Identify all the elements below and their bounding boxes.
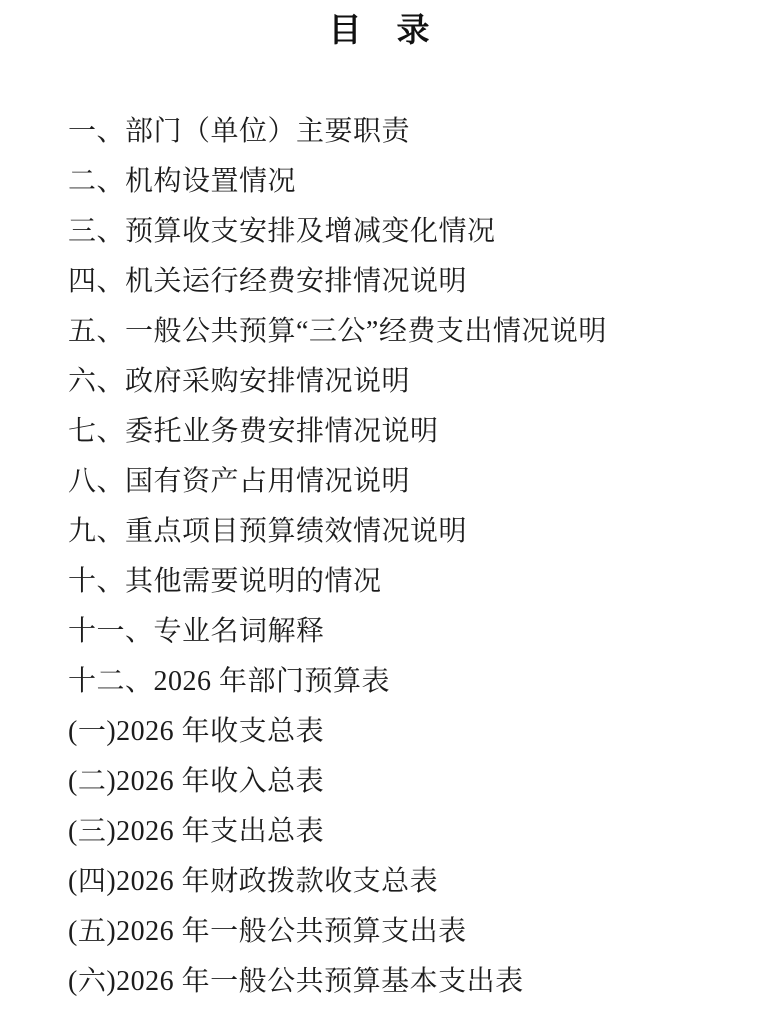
toc-item-9: 九、重点项目预算绩效情况说明	[68, 507, 739, 557]
document-page: 目 录 一、部门（单位）主要职责 二、机构设置情况 三、预算收支安排及增减变化情…	[0, 0, 759, 1026]
toc-item-12: 十二、2026 年部门预算表	[68, 657, 739, 707]
toc-item-8: 八、国有资产占用情况说明	[68, 457, 739, 507]
page-title: 目 录	[0, 0, 759, 51]
toc-item-13: (一)2026 年收支总表	[68, 707, 739, 757]
toc-item-16: (四)2026 年财政拨款收支总表	[68, 857, 739, 907]
toc-item-4: 四、机关运行经费安排情况说明	[68, 257, 739, 307]
toc-item-11: 十一、专业名词解释	[68, 607, 739, 657]
toc-item-2: 二、机构设置情况	[68, 157, 739, 207]
toc-item-10: 十、其他需要说明的情况	[68, 557, 739, 607]
toc-item-1: 一、部门（单位）主要职责	[68, 107, 739, 157]
toc-item-15: (三)2026 年支出总表	[68, 807, 739, 857]
toc-item-6: 六、政府采购安排情况说明	[68, 357, 739, 407]
toc-item-17: (五)2026 年一般公共预算支出表	[68, 907, 739, 957]
toc-item-18: (六)2026 年一般公共预算基本支出表	[68, 957, 739, 1007]
toc-item-5: 五、一般公共预算“三公”经费支出情况说明	[68, 307, 739, 357]
toc-item-7: 七、委托业务费安排情况说明	[68, 407, 739, 457]
toc-item-14: (二)2026 年收入总表	[68, 757, 739, 807]
toc-item-3: 三、预算收支安排及增减变化情况	[68, 207, 739, 257]
table-of-contents: 一、部门（单位）主要职责 二、机构设置情况 三、预算收支安排及增减变化情况 四、…	[0, 107, 759, 1007]
